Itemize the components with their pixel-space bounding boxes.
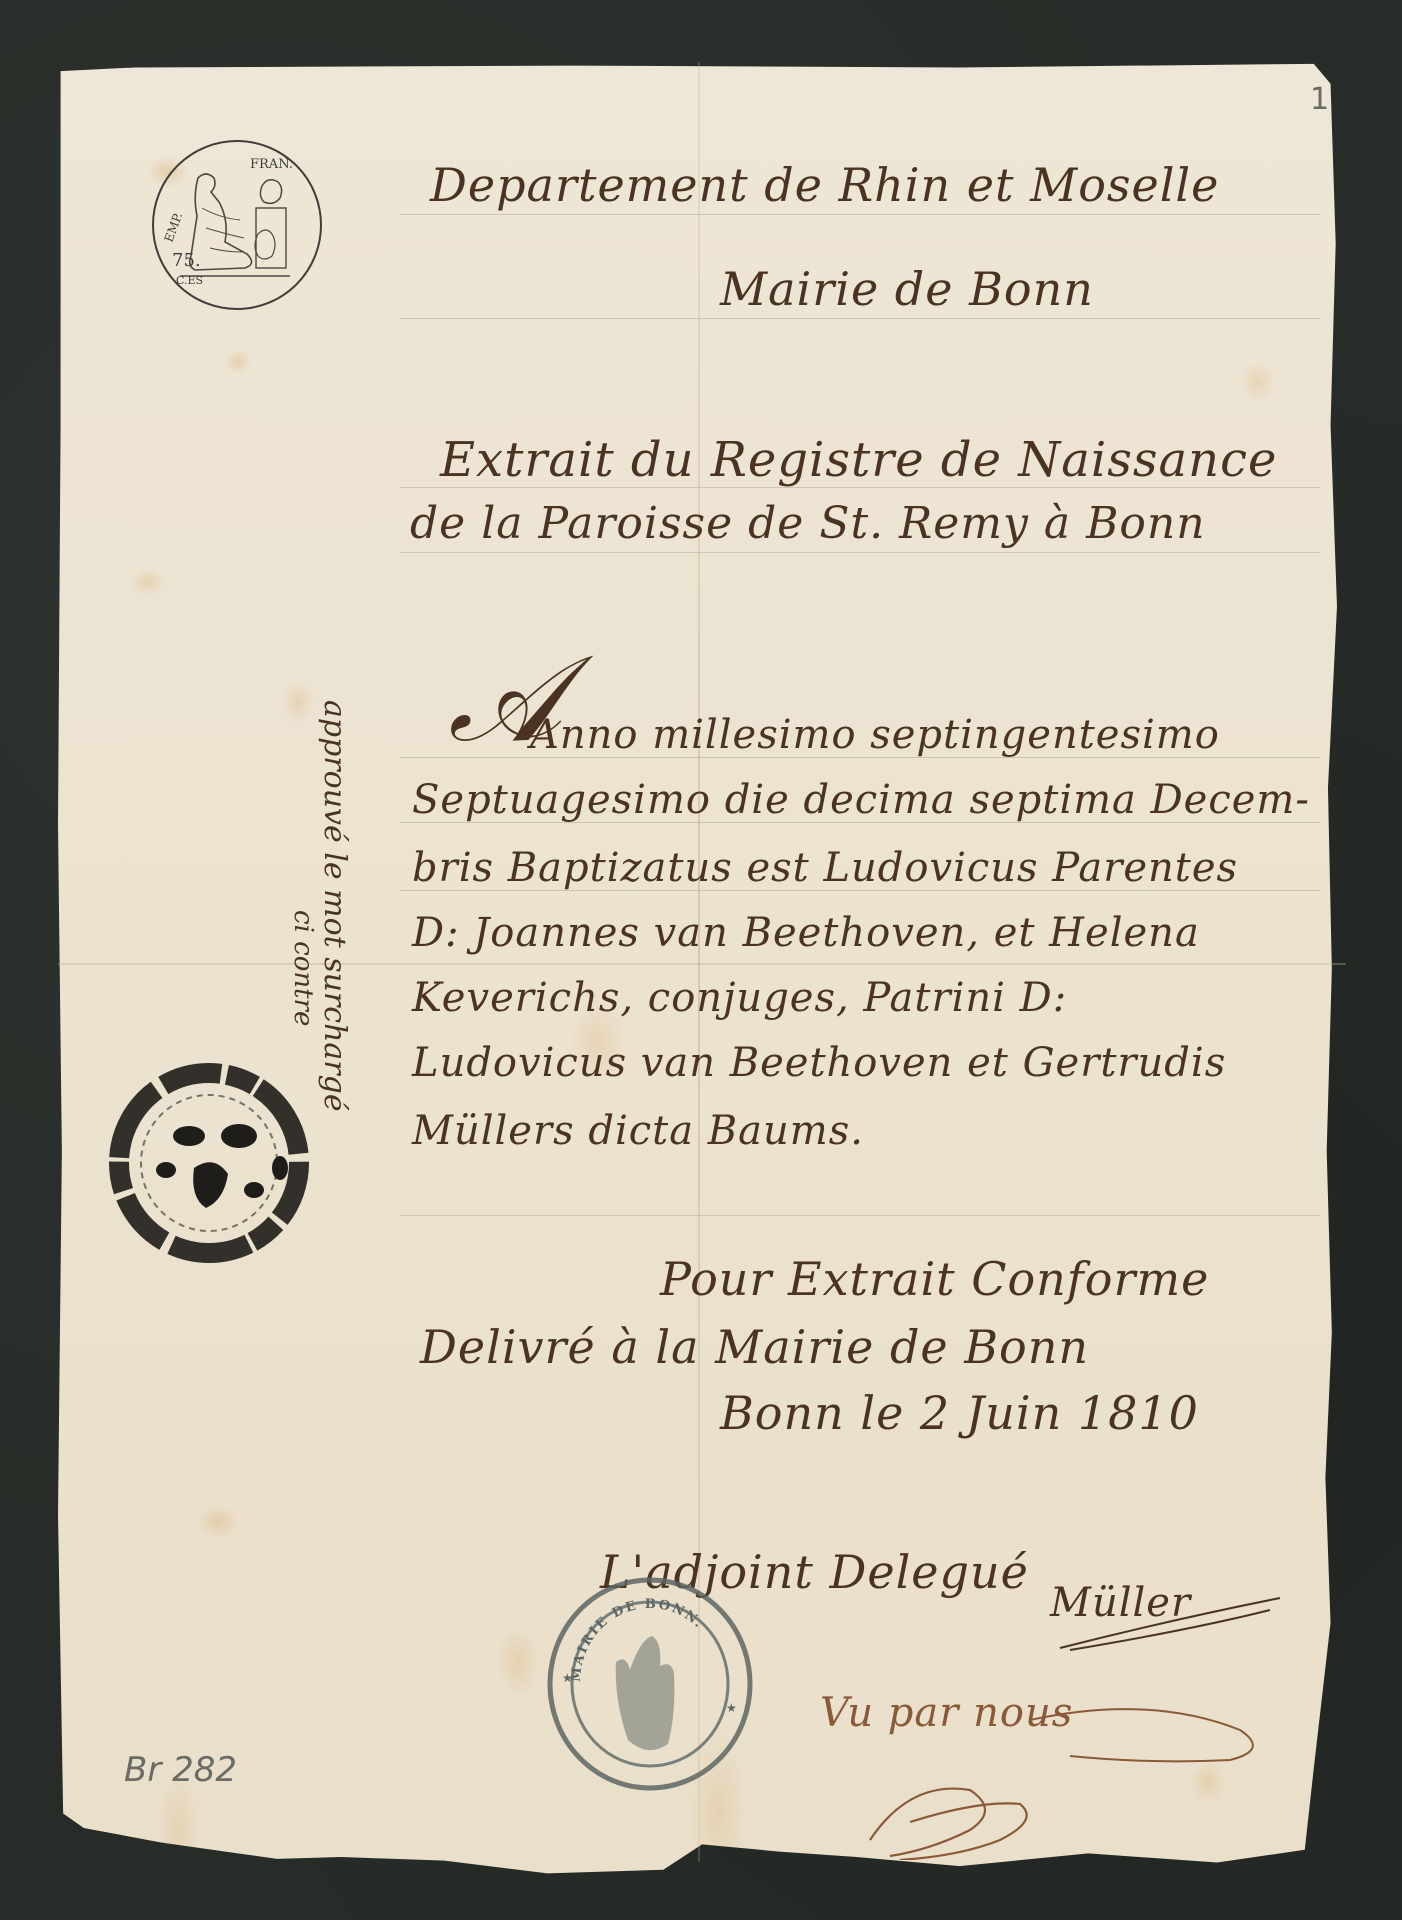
marginal-note-line-1: approuvé le mot surchargé: [317, 700, 352, 1112]
svg-text:★: ★: [726, 1701, 737, 1715]
black-seal-icon: [104, 1058, 314, 1268]
tax-stamp-icon: FRAN. EMP. 75. C.ES: [150, 138, 325, 313]
certification-date: Bonn le 2 Juin 1810: [720, 1386, 1199, 1440]
title-extrait: Extrait du Registre de Naissance: [440, 432, 1277, 488]
ruled-line: [400, 552, 1320, 553]
tax-stamp: FRAN. EMP. 75. C.ES: [150, 138, 325, 313]
body-line-5: Keverichs, conjuges, Patrini D:: [412, 975, 1067, 1021]
ruled-line: [400, 318, 1320, 319]
body-line-6: Ludovicus van Beethoven et Gertrudis: [412, 1040, 1226, 1086]
seen-flourish-icon: [850, 1700, 1270, 1860]
black-seal: [104, 1058, 314, 1268]
ruled-line: [400, 1215, 1320, 1216]
mairie-seal: MAIRIE DE BONN. ★ ★: [540, 1572, 760, 1797]
tax-stamp-value: 75.: [172, 250, 201, 271]
certification-line-1: Pour Extrait Conforme: [660, 1252, 1209, 1306]
title-paroisse: de la Paroisse de St. Remy à Bonn: [410, 498, 1206, 549]
svg-text:★: ★: [562, 1671, 573, 1685]
body-line-7: Müllers dicta Baums.: [412, 1108, 864, 1154]
body-line-4: D: Joannes van Beethoven, et Helena: [412, 910, 1200, 956]
mairie-seal-icon: MAIRIE DE BONN. ★ ★: [540, 1572, 760, 1797]
ruled-line: [400, 214, 1320, 215]
horizontal-fold-line: [58, 963, 1346, 965]
body-line-2: Septuagesimo die decima septima Decem-: [412, 777, 1310, 823]
body-line-3: bris Baptizatus est Ludovicus Parentes: [412, 845, 1238, 891]
marginal-note-line-2: ci contre: [288, 910, 318, 1026]
tax-stamp-top-text: FRAN.: [250, 157, 293, 172]
tax-stamp-unit: C.ES: [176, 274, 203, 287]
certification-line-2: Delivré à la Mairie de Bonn: [420, 1320, 1089, 1374]
page-number: 1: [1310, 82, 1329, 117]
body-line-1: Anno millesimo septingentesimo: [530, 712, 1220, 758]
header-department: Departement de Rhin et Moselle: [430, 158, 1219, 212]
tax-stamp-left-text: EMP.: [162, 211, 186, 244]
shelfmark: Br 282: [124, 1750, 237, 1790]
signature-flourish-icon: [1050, 1590, 1290, 1660]
header-mairie: Mairie de Bonn: [720, 262, 1094, 316]
